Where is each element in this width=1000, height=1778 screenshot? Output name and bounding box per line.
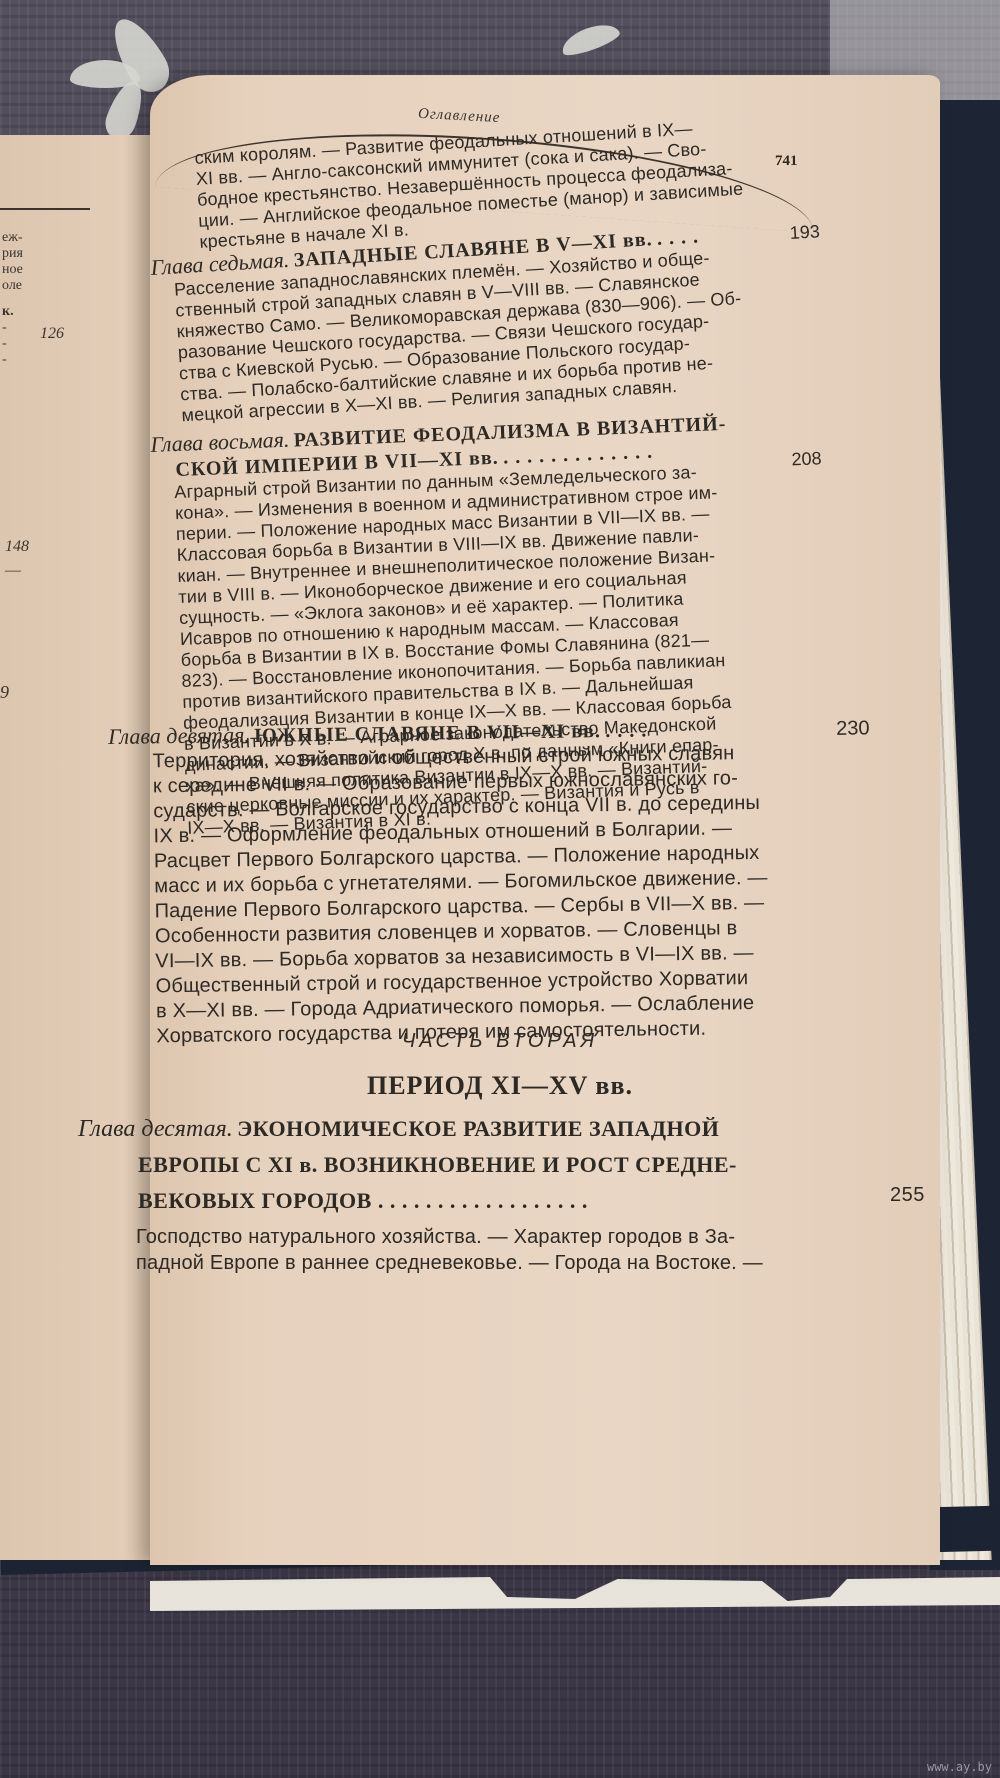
chapter-page: 208	[791, 448, 822, 470]
left-page-fragments: еж- рия ное оле к. - - -	[2, 230, 23, 368]
fragment: -	[2, 320, 23, 336]
fragment: оле	[2, 278, 23, 294]
period-title: ПЕРИОД XI—XV вв.	[140, 1071, 860, 1101]
chapter-title: ЕВРОПЫ С XI в. ВОЗНИКНОВЕНИЕ И РОСТ СРЕД…	[138, 1150, 958, 1180]
part-two-heading: ЧАСТЬ ВТОРАЯ ПЕРИОД XI—XV вв.	[140, 1030, 860, 1101]
toc-line: Господство натурального хозяйства. — Хар…	[136, 1224, 958, 1250]
chapter-title: ВЕКОВЫХ ГОРОДОВ	[138, 1188, 372, 1213]
chapter-10: Глава десятая. ЭКОНОМИЧЕСКОЕ РАЗВИТИЕ ЗА…	[78, 1112, 958, 1276]
fragment: -	[2, 336, 23, 352]
left-page-ref: —	[5, 562, 21, 580]
chapter-title: ЭКОНОМИЧЕСКОЕ РАЗВИТИЕ ЗАПАДНОЙ	[237, 1116, 719, 1141]
left-page-rule	[0, 208, 90, 210]
chapter-label: Глава десятая.	[78, 1116, 233, 1142]
chapter-page: 193	[789, 221, 820, 244]
left-page-ref: 126	[40, 325, 64, 343]
part-label: ЧАСТЬ ВТОРАЯ	[140, 1030, 860, 1053]
chapter-label: Глава восьмая.	[150, 427, 290, 457]
chapter-label: Глава девятая.	[108, 722, 250, 749]
fragment: рия	[2, 246, 23, 262]
left-page-ref: 148	[5, 538, 29, 556]
watermark: www.ay.by	[927, 1760, 992, 1774]
fragment: ное	[2, 262, 23, 278]
chapter-page: 230	[836, 717, 870, 740]
fragment: еж-	[2, 230, 23, 246]
leader-dots: . . . . . . . . . . . . . . . . . .	[378, 1188, 588, 1213]
chapter-heading[interactable]: Глава десятая. ЭКОНОМИЧЕСКОЕ РАЗВИТИЕ ЗА…	[78, 1114, 958, 1144]
chapter-page: 255	[890, 1180, 925, 1210]
toc-line: падной Европе в раннее средневековье. — …	[136, 1250, 958, 1276]
leader-dots: . . . . . . . . . . . . .	[503, 441, 654, 469]
leader-dots: . . . .	[656, 225, 699, 249]
leader-dots: . . . .	[605, 719, 647, 742]
fragment: к.	[2, 304, 23, 320]
fragment: -	[2, 352, 23, 368]
left-page-ref: 9	[0, 682, 9, 703]
chapter-heading-cont[interactable]: ВЕКОВЫХ ГОРОДОВ . . . . . . . . . . . . …	[138, 1186, 958, 1216]
chapter-title: ЮЖНЫЕ СЛАВЯНЕ В VII—XI вв.	[254, 720, 601, 747]
chapter-9: Глава девятая. ЮЖНЫЕ СЛАВЯНЕ В VII—XI вв…	[108, 711, 873, 1050]
